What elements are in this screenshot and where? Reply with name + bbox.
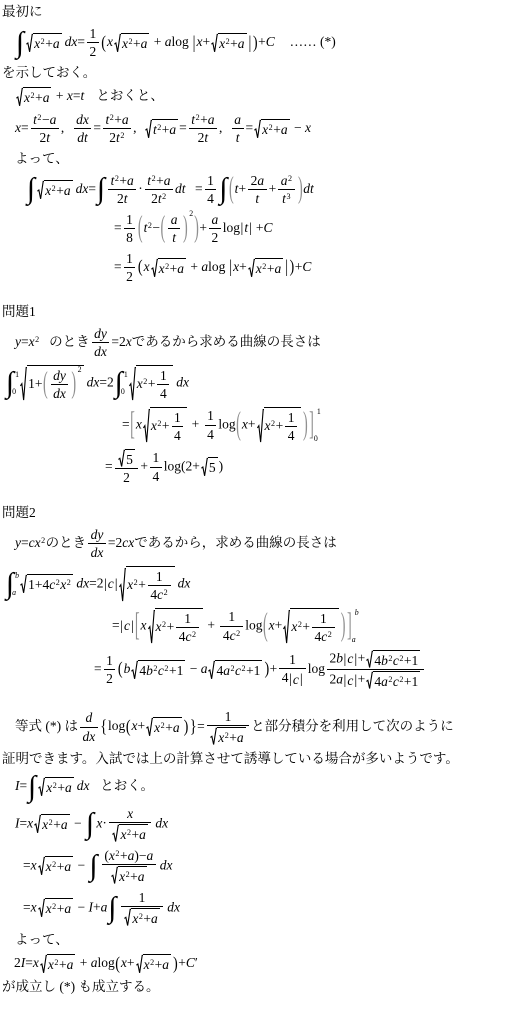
fraction: 12 <box>87 26 99 60</box>
superscript: 2 <box>66 578 71 587</box>
math-text: 4 <box>207 191 214 206</box>
delimited-group: {log(x+x2+a)} <box>100 717 197 737</box>
math-text: = <box>94 661 102 676</box>
fraction: at <box>232 112 244 146</box>
math-variable: a <box>67 957 74 972</box>
integral: ∫10 <box>6 369 18 397</box>
math-text: · <box>102 815 107 830</box>
close-delimiter: | <box>299 671 303 687</box>
group-content: xx2+a + alog |x+x2+a| <box>143 258 289 278</box>
close-delimiter: ) <box>302 406 308 444</box>
radical: 1+4c2x2 <box>20 574 73 594</box>
math-text: , <box>219 120 222 135</box>
math-text: 2 <box>151 191 158 206</box>
math-text: )− <box>134 848 146 863</box>
close-delimiter: } <box>189 717 197 737</box>
fraction: 18 <box>124 212 136 246</box>
delimited-group: (b4b2c2+1 − a4a2c2+1) <box>117 660 269 680</box>
math-variable: x <box>46 901 52 916</box>
math-variable: a <box>336 672 343 687</box>
radical: 4b2c2+1 <box>131 660 185 680</box>
radicand: 5 <box>208 457 218 477</box>
group-content: t+2at+a2t3 <box>234 173 297 207</box>
close-delimiter: | <box>285 257 289 277</box>
denominator: t <box>168 229 180 246</box>
math-text: + <box>238 181 246 196</box>
denominator: 4c2 <box>220 627 243 644</box>
group-content: t2−(at)2 <box>143 212 194 246</box>
math-text: 2 <box>14 955 21 970</box>
fraction: 14 <box>205 408 217 442</box>
radical-sign-icon <box>210 727 217 746</box>
delimited-group: [xx2+14 + 14log(x+x2+14)]10 <box>130 407 320 444</box>
math-text: 4 <box>223 628 230 643</box>
math-variable: dt <box>175 181 186 196</box>
math-variable: a <box>169 122 176 137</box>
math-text: 1 <box>139 890 146 905</box>
math-variable: a <box>138 869 145 884</box>
radical: x2+a <box>112 824 147 843</box>
numerator: dy <box>88 527 106 545</box>
math-text: + <box>156 173 164 188</box>
delimited-group: |x+x2+a| <box>229 258 289 278</box>
radical: x2+14 <box>143 407 187 444</box>
radical-sign-icon <box>124 908 131 927</box>
math-text: = <box>99 374 107 389</box>
math-variable: t <box>80 88 84 103</box>
radical-sign-icon <box>148 608 155 645</box>
math-text: = <box>25 955 33 970</box>
open-delimiter: ( <box>42 367 48 402</box>
math-variable: c <box>347 673 353 688</box>
math-text: とおく。 <box>100 778 154 793</box>
fraction: ddx <box>80 710 98 744</box>
math-text: = <box>111 334 119 349</box>
math-text: 1 <box>126 212 133 227</box>
integral-limits: ba <box>14 570 18 598</box>
math-text: − <box>71 815 85 830</box>
radicand: x2+a <box>45 856 73 876</box>
formula-line: y=cx2のときdydx=2cxであるから，求める曲線の長さは <box>2 527 521 561</box>
math-text: + <box>57 780 65 795</box>
math-text: = <box>93 120 101 135</box>
math-variable: c <box>158 663 164 678</box>
math-variable: x <box>107 34 113 49</box>
radical: x2+a <box>248 258 283 278</box>
math-text: + <box>204 617 218 632</box>
integral-sign: ∫ <box>108 894 116 922</box>
radicand: 5 <box>125 449 135 468</box>
delimited-group: |t| <box>240 220 252 237</box>
math-variable: a <box>61 817 68 832</box>
radicand: x2+14c2 <box>126 566 174 603</box>
math-variable: t <box>124 191 128 206</box>
math-variable: c <box>230 628 236 643</box>
integral-limits: 10 <box>14 369 18 397</box>
limit-upper: b <box>15 572 19 580</box>
math-variable: a <box>65 780 72 795</box>
math-variable: x <box>31 899 37 914</box>
close-delimiter: | <box>114 576 118 592</box>
fraction: 2b|c|+4b2c2+12a|c|+4a2c2+1 <box>327 650 424 690</box>
radical: x2+a <box>38 856 73 876</box>
radical: x2+a <box>211 33 246 53</box>
math-text: + <box>131 827 139 842</box>
radical: 4a2c2+1 <box>208 660 262 680</box>
math-variable: t <box>172 230 176 245</box>
math-text: 2 <box>117 191 124 206</box>
math-text: − <box>152 220 160 235</box>
open-delimiter: ( <box>228 172 234 207</box>
numerator: a <box>209 212 221 230</box>
math-variable: dx <box>160 857 173 872</box>
group-superscript: 2 <box>189 210 193 218</box>
superscript: 2 <box>236 629 241 638</box>
math-variable: t <box>236 130 240 145</box>
math-variable: dy <box>91 527 104 542</box>
math-text: + <box>165 720 173 735</box>
math-variable: dx <box>65 34 78 49</box>
open-delimiter: [ <box>134 607 140 645</box>
radicand: x2+a <box>47 954 75 974</box>
superscript: 3 <box>286 192 291 201</box>
superscript: 2 <box>287 174 292 183</box>
superscript: 2 <box>162 192 167 201</box>
math-variable: a <box>164 173 171 188</box>
math-text: + <box>119 173 127 188</box>
fraction: 14c2 <box>220 609 243 643</box>
math-variable: C <box>266 34 275 49</box>
denominator: dt <box>74 129 92 146</box>
math-variable: C <box>186 955 195 970</box>
denominator: 4 <box>172 427 184 444</box>
math-text: = <box>21 120 29 135</box>
math-text: 2 <box>126 269 133 284</box>
radical-sign-icon <box>201 457 208 477</box>
limit-upper: b <box>355 609 359 617</box>
math-text: = <box>105 458 113 473</box>
math-text: + <box>76 955 90 970</box>
integral-sign: ∫ <box>16 29 24 57</box>
math-variable: x <box>127 806 133 821</box>
math-variable: cx <box>122 535 134 550</box>
math-text: 1 <box>156 569 163 584</box>
math-variable: dx <box>53 386 66 401</box>
math-variable: a <box>50 112 57 127</box>
math-variable: dt <box>303 181 314 196</box>
radical-sign-icon <box>136 954 143 974</box>
radicand: x2+a <box>41 814 69 834</box>
radical-sign-icon <box>366 671 373 690</box>
math-variable: a <box>171 212 178 227</box>
fraction: at <box>168 212 180 246</box>
math-text: +1 <box>246 663 260 678</box>
group-content: x+x2+14c2 <box>268 608 340 645</box>
denominator: 4c2 <box>176 628 199 645</box>
math-variable: t <box>244 220 248 235</box>
math-text: = <box>108 535 116 550</box>
math-text: 1+4 <box>28 577 49 592</box>
math-text: +1 <box>169 663 183 678</box>
numerator: 1 <box>150 450 162 468</box>
denominator: 2 <box>87 43 99 60</box>
radicand: 4a2c2+1 <box>215 660 262 680</box>
math-variable: c <box>347 651 353 666</box>
radical: x2+14c2 <box>119 566 174 603</box>
math-variable: x <box>33 955 39 970</box>
math-variable: dx <box>76 575 89 590</box>
radical-sign-icon <box>145 119 152 139</box>
delimited-group: (xx2+a + alog |x+x2+a|) <box>137 258 294 278</box>
math-text: + <box>276 418 284 433</box>
close-delimiter: ) <box>252 33 258 53</box>
text-line: 証明できます。入試では上の計算させて誘導している場合が多いようです。 <box>2 751 521 768</box>
radicand: x2+a <box>261 119 289 139</box>
math-text: = <box>114 220 122 235</box>
radicand: 4b2c2+1 <box>373 650 420 669</box>
close-delimiter: ) <box>297 172 303 207</box>
radical: x2+a <box>151 258 186 278</box>
math-text: 2 <box>123 470 130 485</box>
formula-line: x=t2−a2t,dxdt=t2+a2t2,t2+a=t2+a2t,at=x2+… <box>2 112 521 146</box>
numerator: 1 <box>157 368 169 386</box>
math-text: 2 <box>97 575 104 590</box>
radicand: x2+a <box>153 717 181 737</box>
delimited-group: (xx2+a + alog |x+x2+a|) <box>101 33 258 53</box>
math-text: + <box>270 661 278 676</box>
open-delimiter: | <box>192 33 196 53</box>
denominator: x2+a <box>109 823 151 843</box>
math-variable: x <box>305 120 311 135</box>
numerator: 1 <box>104 653 116 671</box>
numerator: 2b|c|+4b2c2+1 <box>327 650 424 671</box>
math-variable: a <box>257 173 264 188</box>
denominator: x2+a <box>207 726 249 746</box>
denominator: 4 <box>205 426 217 443</box>
superscript: 2 <box>120 131 125 140</box>
math-variable: c <box>393 653 399 668</box>
numerator: (x2+a)−a <box>102 848 156 866</box>
math-variable: a <box>211 212 218 227</box>
math-variable: C <box>263 220 272 235</box>
math-text: +1 <box>404 653 418 668</box>
radical-sign-icon <box>118 449 125 468</box>
math-text: 最初に <box>2 4 43 19</box>
math-text: log <box>308 661 325 676</box>
formula-line: ∫101+(dydx)2dx=2∫10x2+14dx <box>2 365 521 402</box>
numerator: d <box>80 710 98 728</box>
fraction: 1x2+a <box>207 709 249 746</box>
fraction: t2+a2t <box>189 112 217 146</box>
radical: x2+14c2 <box>148 608 203 645</box>
radical: t2+a <box>145 119 178 139</box>
math-text: + <box>230 36 238 51</box>
math-text: + <box>178 955 186 970</box>
math-text: ) <box>219 458 224 473</box>
radical-sign-icon <box>38 856 45 876</box>
denominator: dx <box>80 728 98 745</box>
radicand: x2+14c2 <box>290 608 338 645</box>
radicand: x2+a <box>119 824 147 843</box>
math-text: + <box>59 957 67 972</box>
math-text: + <box>138 718 146 733</box>
radicand: x2+14 <box>264 407 301 444</box>
close-delimiter: ) <box>289 257 295 277</box>
radical: x2+a <box>146 717 181 737</box>
radical-sign-icon <box>143 407 150 444</box>
text-line: が成立し (*) も成立する。 <box>2 979 521 996</box>
math-text: + <box>239 259 247 274</box>
numerator: 1 <box>87 26 99 44</box>
math-text: 4 <box>207 427 214 442</box>
math-variable: a <box>177 261 184 276</box>
radical: x2+a <box>111 866 146 885</box>
numerator: 1 <box>279 652 305 670</box>
math-text: 1 <box>184 611 191 626</box>
close-delimiter: ) <box>340 607 346 645</box>
math-text: 1 <box>207 408 214 423</box>
fraction: a2 <box>209 212 221 246</box>
numerator: a2 <box>278 173 295 191</box>
delimited-group: |c| <box>103 576 118 593</box>
math-variable: x <box>256 261 262 276</box>
open-delimiter: ( <box>137 211 143 246</box>
formula-line: =12(xx2+a + alog |x+x2+a|)+C <box>2 251 521 285</box>
math-variable: a <box>127 173 134 188</box>
radical-sign-icon <box>40 954 47 974</box>
superscript: 2 <box>35 335 40 344</box>
denominator: 4 <box>205 190 217 207</box>
radical-sign-icon <box>16 87 23 107</box>
radicand: x2+14c2 <box>155 608 203 645</box>
numerator: t2+a <box>108 173 136 191</box>
radicand: x2+a <box>33 33 61 53</box>
close-delimiter: ) <box>194 211 200 246</box>
integral-sign: ∫ <box>219 175 227 203</box>
superscript: 2 <box>163 588 168 597</box>
group-content: c <box>347 673 354 689</box>
math-text: + <box>35 90 43 105</box>
math-text: = <box>21 535 29 550</box>
radicand: x2+a <box>118 866 146 885</box>
denominator: t3 <box>278 190 295 207</box>
math-text: 1 <box>207 173 214 188</box>
math-text: + <box>56 183 64 198</box>
radical: x2+a <box>40 954 75 974</box>
group-content: c <box>107 576 114 593</box>
open-delimiter: ( <box>160 211 166 246</box>
radical: x2+a <box>136 954 171 974</box>
math-variable: x <box>156 619 162 634</box>
fraction: t2−a2t <box>31 112 59 146</box>
math-text: 4 <box>153 469 160 484</box>
close-delimiter: ) <box>183 211 189 246</box>
group-content: c <box>347 651 354 667</box>
fraction: 14c2 <box>148 569 171 603</box>
radicand: x2+a <box>121 33 149 53</box>
math-text: + <box>130 869 138 884</box>
numerator: 1 <box>312 611 335 629</box>
fraction: (x2+a)−ax2+a <box>102 848 156 885</box>
integral: ∫ <box>89 852 97 880</box>
math-text: 1 <box>106 653 113 668</box>
radical-sign-icon <box>248 258 255 278</box>
math-text: = <box>246 120 254 135</box>
limit-lower: a <box>352 636 356 644</box>
fraction: 14|c| <box>279 652 305 688</box>
math-text: + <box>140 458 148 473</box>
math-variable: dx <box>83 729 96 744</box>
math-text: …… (*) <box>290 34 336 49</box>
math-text: = <box>77 34 85 49</box>
close-delimiter: ) <box>71 367 77 402</box>
math-text: 2 <box>211 230 218 245</box>
math-text: 1 <box>288 410 295 425</box>
radical: x2+a <box>37 180 72 200</box>
math-text: = <box>20 815 28 830</box>
math-variable: x <box>27 815 33 830</box>
numerator: 1 <box>205 173 217 191</box>
radical-sign-icon <box>254 119 261 139</box>
open-delimiter: ( <box>101 33 107 53</box>
group-content: x+x2+a <box>196 33 248 53</box>
math-text: 2 <box>107 374 114 389</box>
math-text: 2 <box>89 44 96 59</box>
formula-line: ∫x2+adx=12(xx2+a + alog |x+x2+a|)+C…… (*… <box>2 26 521 60</box>
radicand: x2+a <box>45 777 73 797</box>
math-text: · <box>138 181 143 196</box>
radical: x2+a <box>34 814 69 834</box>
superscript: 2 <box>327 630 332 639</box>
group-content: xx2+14 + 14log(x+x2+14) <box>135 407 308 444</box>
math-text: = <box>23 899 31 914</box>
math-variable: b <box>124 661 131 676</box>
math-variable: C <box>302 259 311 274</box>
math-variable: dx <box>76 181 89 196</box>
integral: ∫ <box>97 175 105 203</box>
numerator: 1 <box>148 569 171 587</box>
radical-sign-icon <box>112 824 119 843</box>
math-variable: dx <box>178 575 191 590</box>
math-text: , <box>133 120 136 135</box>
radical: x2+a <box>16 87 51 107</box>
math-text: log <box>223 220 240 235</box>
denominator: 2t <box>108 190 136 207</box>
limit-lower: 0 <box>314 435 318 443</box>
group-content: at <box>166 212 183 246</box>
formula-line: =|c|[xx2+14c2 + 14c2log(x+x2+14c2)]ba <box>2 608 521 645</box>
math-variable: dx <box>94 344 107 359</box>
integral: ∫ <box>16 29 24 57</box>
open-delimiter: [ <box>130 406 136 444</box>
delimited-group: |x+x2+a| <box>192 33 252 53</box>
denominator: dx <box>88 544 106 561</box>
denominator: 2t <box>31 129 59 146</box>
limit-upper: 1 <box>15 371 19 379</box>
radical: x2+a <box>26 33 61 53</box>
math-text: + <box>302 619 310 634</box>
math-text: とおくと、 <box>96 88 164 103</box>
radical-sign-icon <box>146 717 153 737</box>
fraction: 14c2 <box>312 611 335 645</box>
numerator: 2a <box>248 173 267 191</box>
math-text: 証明できます。入試では上の計算させて誘導している場合が多いようです。 <box>2 751 459 766</box>
denominator: 4c2 <box>312 628 335 645</box>
group-limits: ba <box>354 608 358 645</box>
denominator: 2t2 <box>145 190 173 207</box>
math-variable: a <box>43 90 50 105</box>
formula-line: =12(b4b2c2+1 − a4a2c2+1)+14|c|log2b|c|+4… <box>2 650 521 690</box>
